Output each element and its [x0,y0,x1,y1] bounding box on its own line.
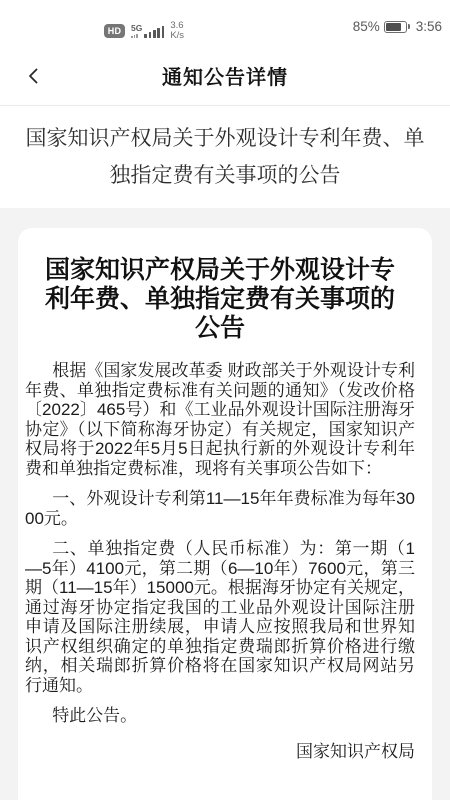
battery-percent: 85% [353,19,380,34]
speed-unit: K/s [170,31,184,41]
notice-paragraph-1: 根据《国家发展改革委 财政部关于外观设计专利年费、单独指定费标准有关问题的通知》… [25,361,415,478]
battery-fill [386,23,401,31]
status-bar: HD 5G 3.6 K/s 85% 3:56 [0,0,450,46]
signal-bars-icon [144,26,164,38]
notice-signature: 国家知识产权局 [25,742,415,762]
status-right-group: 85% 3:56 [353,19,442,34]
battery-cap [408,24,410,29]
battery-body [384,21,407,33]
nav-header: 通知公告详情 [0,46,450,106]
notice-card: 国家知识产权局关于外观设计专利年费、单独指定费有关事项的公告 根据《国家发展改革… [18,228,432,800]
notice-content-area[interactable]: 国家知识产权局关于外观设计专利年费、单独指定费有关事项的公告 根据《国家发展改革… [0,208,450,800]
signal-icon: 5G [131,24,164,38]
status-time: 3:56 [416,19,442,34]
notice-title: 国家知识产权局关于外观设计专利年费、单独指定费有关事项的公告 [0,106,450,208]
notice-card-title: 国家知识产权局关于外观设计专利年费、单独指定费有关事项的公告 [39,256,401,343]
status-left-group: HD 5G 3.6 K/s [104,21,184,41]
network-type-column: 5G [131,24,142,38]
hd-icon: HD [104,24,125,38]
sim2-signal-icon [131,34,138,38]
screen: HD 5G 3.6 K/s 85% 3:56 [0,0,450,800]
notice-closing: 特此公告。 [25,706,415,726]
notice-paragraph-3: 二、单独指定费（人民币标准）为：第一期（1—5年）4100元，第二期（6—10年… [25,539,415,695]
notice-paragraph-2: 一、外观设计专利第11—15年年费标准为每年3000元。 [25,489,415,528]
battery-icon [384,21,410,33]
network-type-label: 5G [131,24,142,33]
network-speed: 3.6 K/s [170,21,184,41]
back-button[interactable] [18,60,50,92]
chevron-left-icon [24,66,44,86]
page-title: 通知公告详情 [162,61,288,90]
